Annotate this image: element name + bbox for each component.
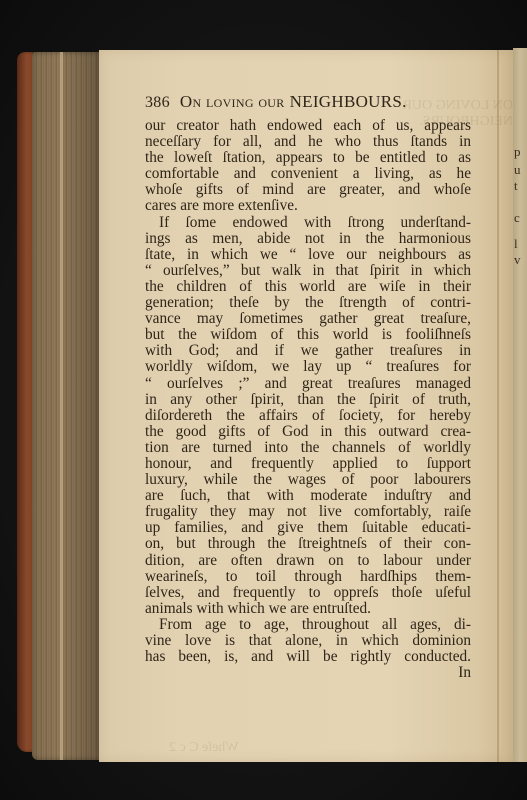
text-line: the loweſt ſtation, appears to be entitl…	[145, 150, 471, 166]
text-line: the good gifts of God in this outward cr…	[145, 424, 471, 440]
text-line: tion are turned into the channels of wor…	[145, 440, 471, 456]
facing-page-edge: p u t c l v	[513, 48, 527, 762]
page-number: 386	[145, 94, 170, 112]
text-line: has been, is, and will be rightly conduc…	[145, 649, 471, 665]
book-photo-scene: ON LOVING OUR NEIGHBOURS. Wheſe C c 2 38…	[0, 0, 527, 800]
facing-page-glyph: c	[514, 210, 520, 226]
text-line: ings as men, abide not in the harmonious	[145, 231, 471, 247]
text-line: “ ourſelves,” but walk in that ſpirit in…	[145, 263, 471, 279]
text-line: wearineſs, to toil through hardſhips the…	[145, 569, 471, 585]
text-line: but the wiſdom of this world is fooliſhn…	[145, 327, 471, 343]
text-line: are ſuch, that with moderate induſtry an…	[145, 488, 471, 504]
catchword: In	[145, 665, 471, 681]
facing-page-glyph: l	[514, 236, 518, 252]
text-line: with God; and if we gather treaſures in	[145, 343, 471, 359]
text-line: cares are more extenſive.	[145, 198, 471, 214]
text-line: worldly wiſdom, we lay up “ treaſures fo…	[145, 359, 471, 375]
text-line: ſelves, and frequently to oppreſs thoſe …	[145, 585, 471, 601]
text-line: dition, are often drawn on to labour und…	[145, 553, 471, 569]
running-head-title: On loving our	[180, 92, 285, 112]
running-head-initial: O	[180, 92, 193, 111]
facing-page-glyph: u	[514, 162, 521, 178]
text-line: our creator hath endowed each of us, app…	[145, 118, 471, 134]
running-head: 386 On loving our NEIGHBOURS.	[145, 92, 471, 118]
text-line: honour, and frequently applied to ſuppor…	[145, 456, 471, 472]
text-line: on, but through the ſtreightneſs of thei…	[145, 536, 471, 552]
running-head-caps: NEIGHBOURS.	[290, 92, 407, 112]
page-block-edges	[32, 52, 100, 760]
text-line: luxury, while the wages of poor labourer…	[145, 472, 471, 488]
facing-page-glyph: t	[514, 178, 518, 194]
text-line: If ſome endowed with ſtrong underſtand-	[145, 215, 471, 231]
text-line: the children of this world are wiſe in t…	[145, 279, 471, 295]
text-line: diſordereth the affairs of ſociety, for …	[145, 408, 471, 424]
text-line: up families, and give them ſuitable educ…	[145, 520, 471, 536]
bleed-through-signature: Wheſe C c 2	[169, 740, 239, 756]
text-line: animals with which we are entruſted.	[145, 601, 471, 617]
book-page: ON LOVING OUR NEIGHBOURS. Wheſe C c 2 38…	[99, 50, 513, 762]
text-line: vance may ſometimes gather great treaſur…	[145, 311, 471, 327]
text-line: generation; theſe by the ſtrength of con…	[145, 295, 471, 311]
text-line: ſtate, in which we “ love our neighbours…	[145, 247, 471, 263]
text-line: vine love is that alone, in which domini…	[145, 633, 471, 649]
text-line: neceſſary for all, and he who thus ſtand…	[145, 134, 471, 150]
text-line: whoſe gifts of mind are greater, and who…	[145, 182, 471, 198]
facing-page-glyph: v	[514, 252, 521, 268]
facing-page-glyph: p	[514, 144, 521, 160]
text-line: comfortable and convenient a living, as …	[145, 166, 471, 182]
text-line: frugality they may not live comfortably,…	[145, 504, 471, 520]
text-line: in any other ſpirit, than the ſpirit of …	[145, 392, 471, 408]
text-line: From age to age, throughout all ages, di…	[145, 617, 471, 633]
running-head-smallcaps: n loving our	[192, 92, 284, 111]
body-text: our creator hath endowed each of us, app…	[145, 118, 471, 665]
text-line: “ ourſelves ;” and great treaſures manag…	[145, 376, 471, 392]
page-text-block: 386 On loving our NEIGHBOURS. our creato…	[145, 92, 471, 681]
